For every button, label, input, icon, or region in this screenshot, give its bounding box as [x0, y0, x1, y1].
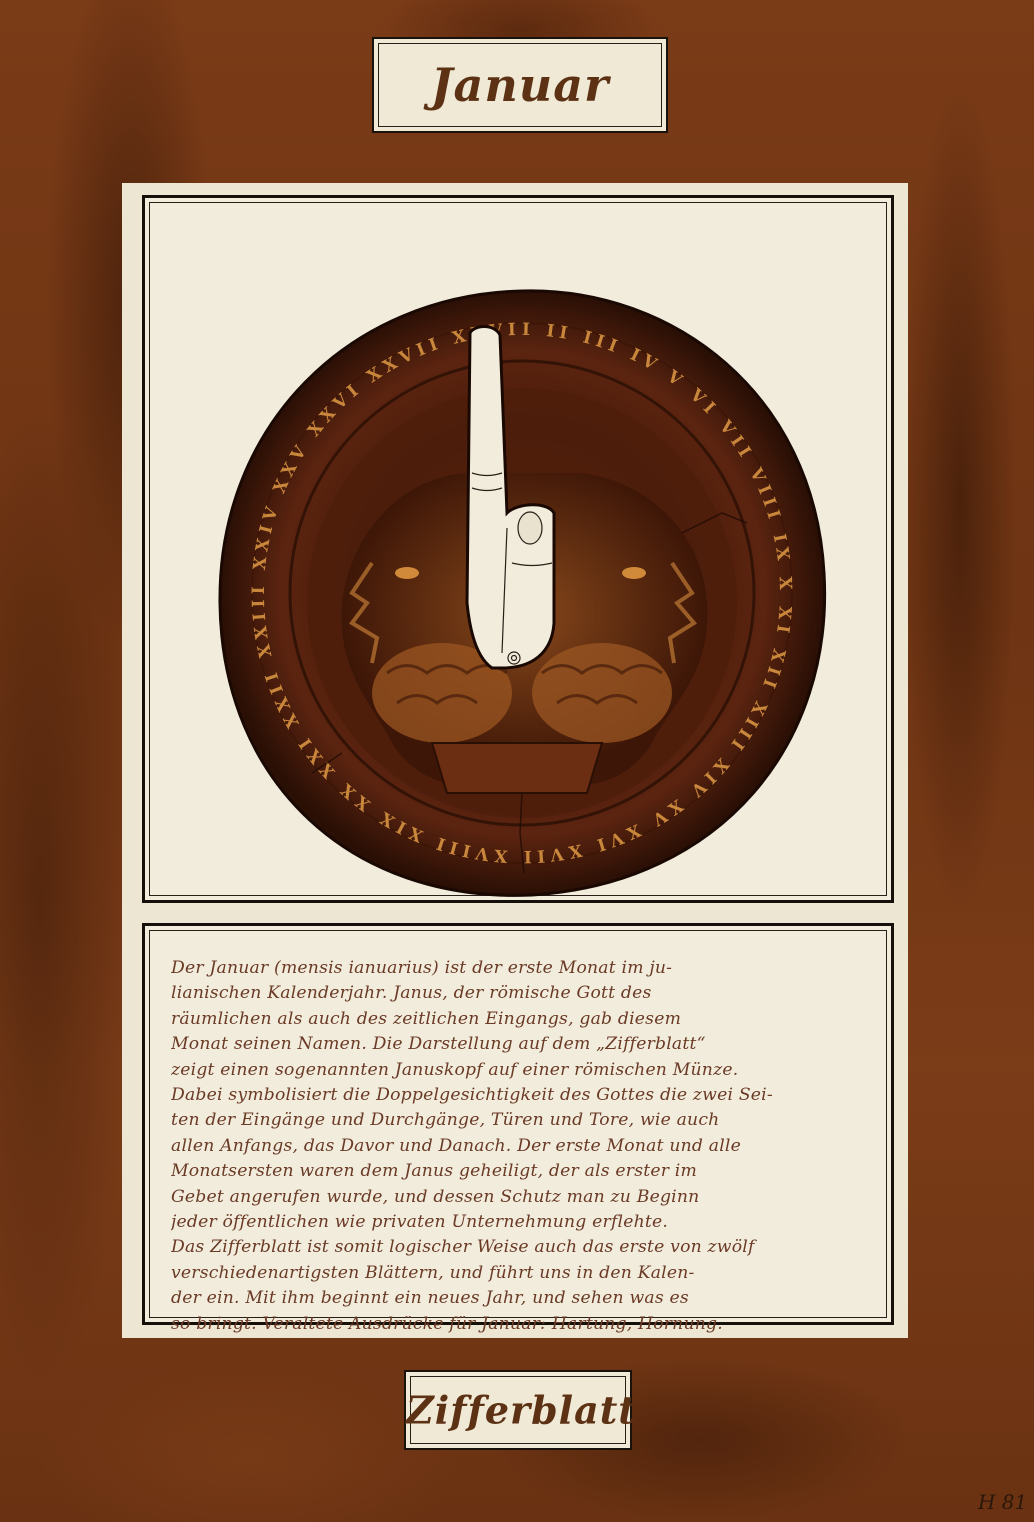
title-label: Januar	[372, 37, 668, 133]
coin-icon: I II III IV V VI VII VIII IX X XI XII XI…	[202, 273, 842, 913]
text-line: Gebet angerufen wurde, und dessen Schutz…	[171, 1185, 869, 1210]
text-line: so bringt. Veraltete Ausdrücke für Janua…	[171, 1312, 869, 1337]
text-line: zeigt einen sogenannten Januskopf auf ei…	[171, 1058, 869, 1083]
text-line: der ein. Mit ihm beginnt ein neues Jahr,…	[171, 1286, 869, 1311]
handwritten-text: Der Januar (mensis ianuarius) ist der er…	[171, 956, 869, 1337]
text-line: räumlichen als auch des zeitlichen Einga…	[171, 1007, 869, 1032]
text-line: Das Zifferblatt ist somit logischer Weis…	[171, 1235, 869, 1260]
text-line: Dabei symbolisiert die Doppelgesichtigke…	[171, 1083, 869, 1108]
text-line: jeder öffentlichen wie privaten Unterneh…	[171, 1210, 869, 1235]
text-line: ten der Eingänge und Durchgänge, Türen u…	[171, 1108, 869, 1133]
janus-coin-illustration: I II III IV V VI VII VIII IX X XI XII XI…	[202, 273, 842, 913]
text-frame: Der Januar (mensis ianuarius) ist der er…	[142, 923, 894, 1325]
footer-label: Zifferblatt	[404, 1370, 632, 1450]
artist-signature: H 81	[978, 1490, 1027, 1514]
text-line: Monatsersten waren dem Janus geheiligt, …	[171, 1159, 869, 1184]
text-line: verschiedenartigsten Blättern, und führt…	[171, 1261, 869, 1286]
text-line: lianischen Kalenderjahr. Janus, der römi…	[171, 981, 869, 1006]
text-line: allen Anfangs, das Davor und Danach. Der…	[171, 1134, 869, 1159]
footer-title: Zifferblatt	[406, 1388, 630, 1433]
paper-mount: I II III IV V VI VII VIII IX X XI XII XI…	[122, 183, 908, 1338]
text-line: Monat seinen Namen. Die Darstellung auf …	[171, 1032, 869, 1057]
page-title: Januar	[374, 58, 666, 112]
text-line: Der Januar (mensis ianuarius) ist der er…	[171, 956, 869, 981]
